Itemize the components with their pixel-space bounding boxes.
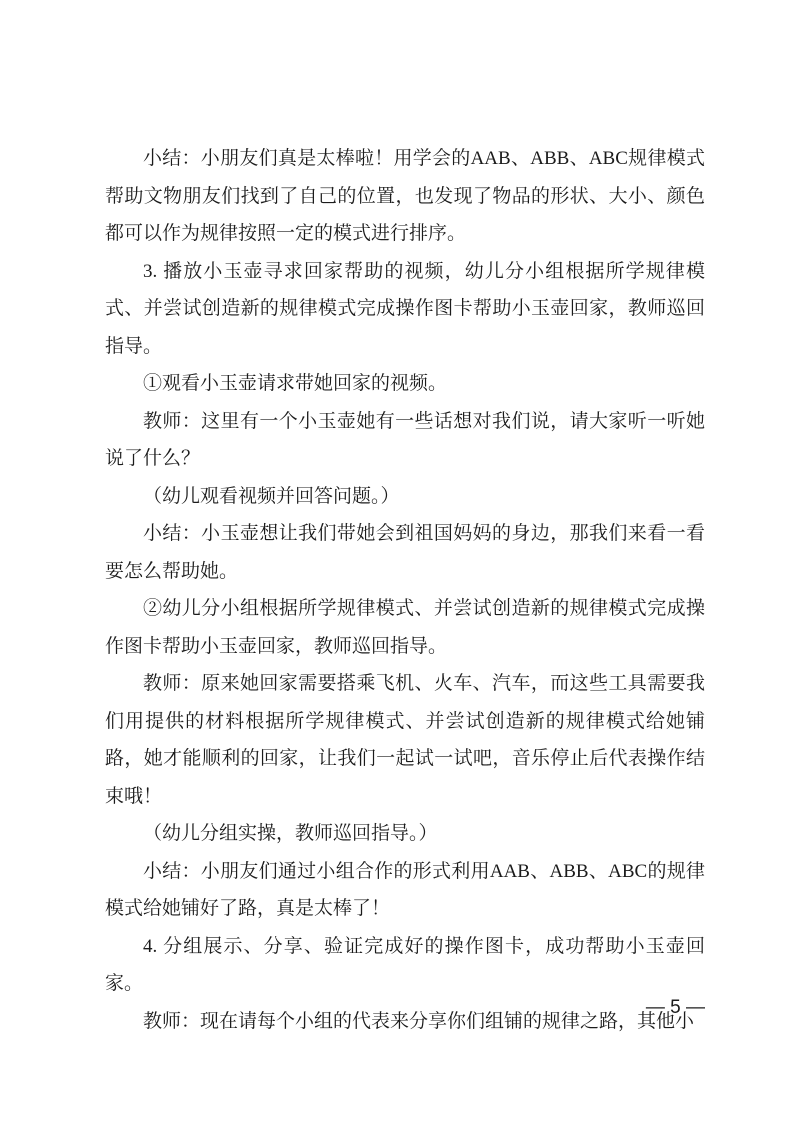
paragraph-note-1: （幼儿观看视频并回答问题。） — [105, 478, 705, 516]
paragraph-substep-2: ②幼儿分小组根据所学规律模式、并尝试创造新的规律模式完成操作图卡帮助小玉壶回家，… — [105, 590, 705, 665]
paragraph-note-2: （幼儿分组实操，教师巡回指导。） — [105, 815, 705, 853]
document-body: 小结：小朋友们真是太棒啦！用学会的AAB、ABB、ABC规律模式帮助文物朋友们找… — [105, 140, 705, 1040]
document-page: 小结：小朋友们真是太棒啦！用学会的AAB、ABB、ABC规律模式帮助文物朋友们找… — [0, 0, 794, 1123]
paragraph-summary-1: 小结：小朋友们真是太棒啦！用学会的AAB、ABB、ABC规律模式帮助文物朋友们找… — [105, 140, 705, 253]
paragraph-teacher-line-1: 教师：这里有一个小玉壶她有一些话想对我们说，请大家听一听她说了什么？ — [105, 403, 705, 478]
paragraph-teacher-line-2: 教师：原来她回家需要搭乘飞机、火车、汽车，而这些工具需要我们用提供的材料根据所学… — [105, 665, 705, 815]
paragraph-summary-2: 小结：小玉壶想让我们带她会到祖国妈妈的身边，那我们来看一看要怎么帮助她。 — [105, 515, 705, 590]
paragraph-substep-1: ①观看小玉壶请求带她回家的视频。 — [105, 365, 705, 403]
paragraph-step-4: 4. 分组展示、分享、验证完成好的操作图卡，成功帮助小玉壶回家。 — [105, 928, 705, 1003]
paragraph-summary-3: 小结：小朋友们通过小组合作的形式利用AAB、ABB、ABC的规律模式给她铺好了路… — [105, 853, 705, 928]
paragraph-step-3: 3. 播放小玉壶寻求回家帮助的视频，幼儿分小组根据所学规律模式、并尝试创造新的规… — [105, 253, 705, 366]
page-number: — 5 — — [105, 996, 705, 1020]
